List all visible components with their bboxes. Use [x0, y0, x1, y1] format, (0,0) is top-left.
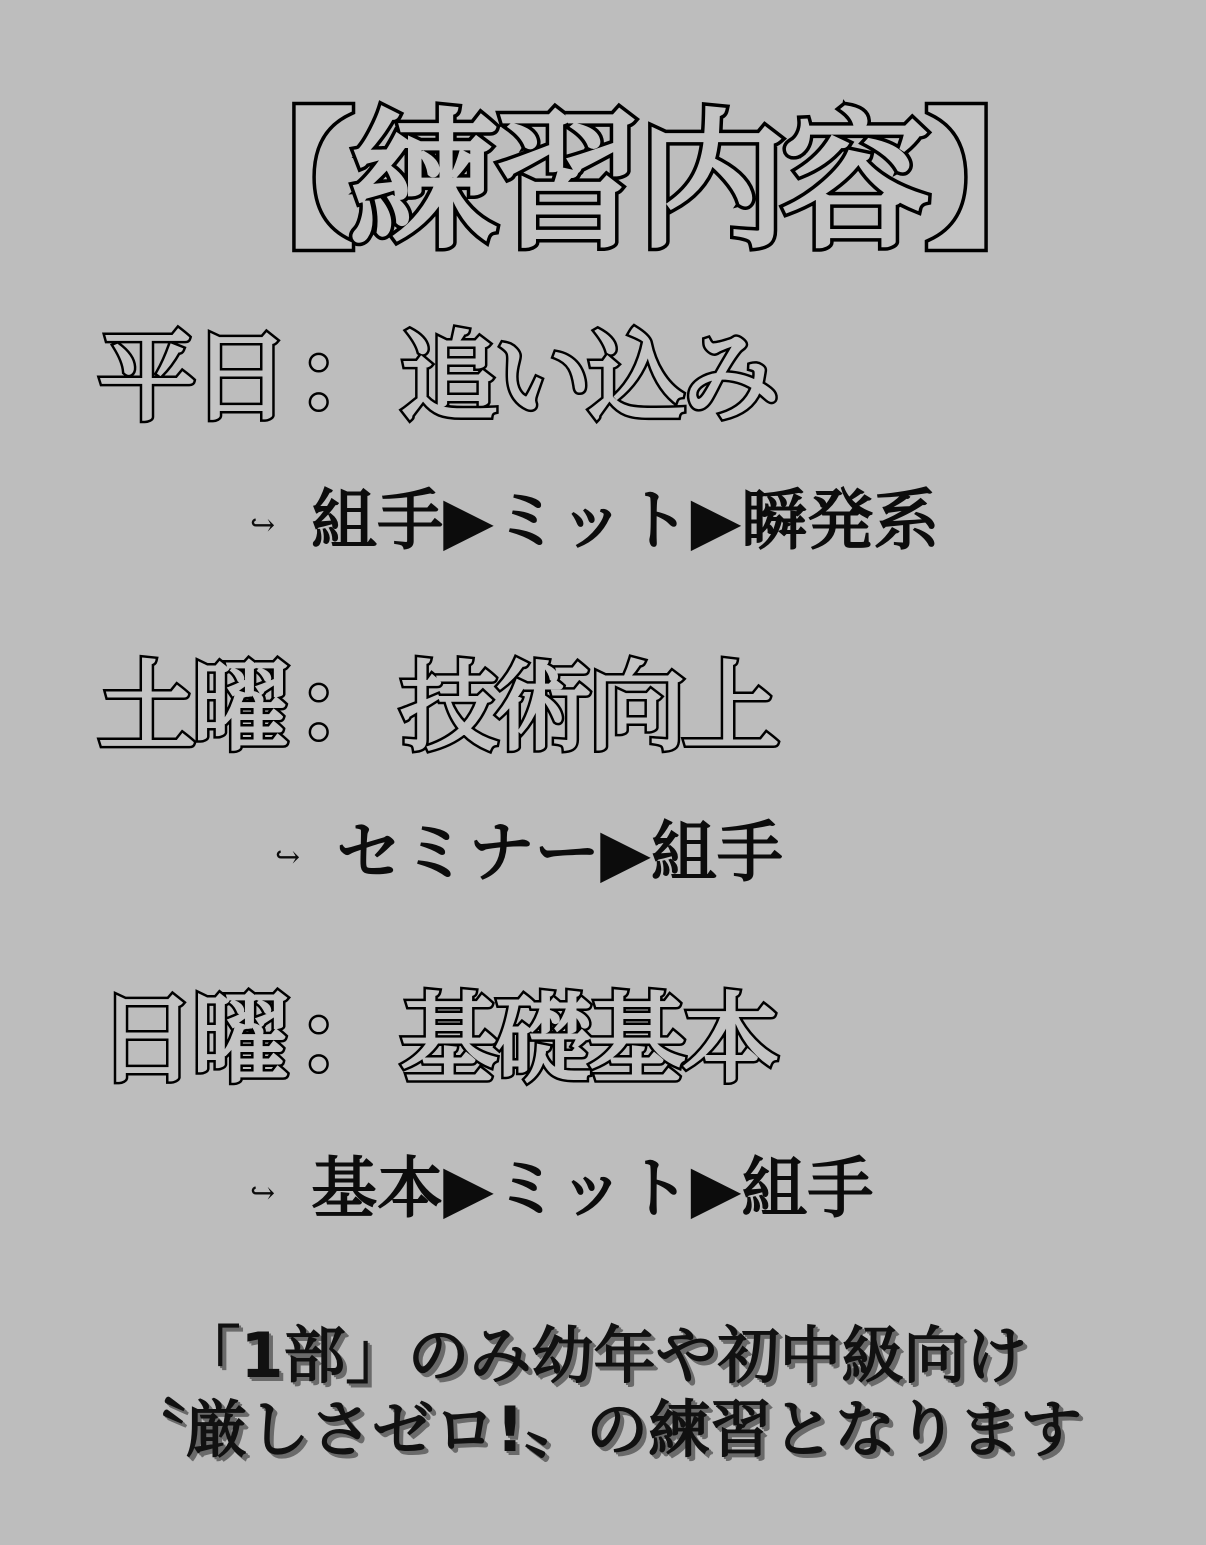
schedule-weekday-heading: 平日：追い込み [98, 318, 776, 438]
return-arrow-icon: ↪ [250, 1176, 275, 1211]
return-arrow-icon: ↪ [250, 508, 275, 543]
flow-text: セミナー▶組手 [336, 813, 783, 891]
flow-text: 基本▶ミット▶組手 [311, 1149, 873, 1227]
day-label: 日曜 [98, 983, 286, 1097]
separator: ： [296, 321, 390, 435]
schedule-saturday-heading: 土曜：技術向上 [98, 648, 776, 768]
theme-label: 追い込み [400, 321, 776, 435]
note-line-2: 〝厳しさゼロ!〟の練習となります [0, 1392, 1206, 1468]
flow-text: 組手▶ミット▶瞬発系 [311, 481, 939, 559]
page-title: 【練習内容】 [205, 98, 1005, 268]
note-line-1: 「1部」のみ幼年や初中級向け [0, 1318, 1206, 1394]
separator: ： [296, 983, 390, 1097]
return-arrow-icon: ↪ [275, 840, 300, 875]
theme-label: 技術向上 [400, 651, 776, 765]
schedule-weekday-flow: ↪組手▶ミット▶瞬発系 [250, 480, 939, 566]
schedule-sunday-heading: 日曜：基礎基本 [98, 980, 776, 1100]
schedule-sunday-flow: ↪基本▶ミット▶組手 [250, 1148, 873, 1234]
day-label: 平日 [98, 321, 286, 435]
theme-label: 基礎基本 [400, 983, 776, 1097]
schedule-saturday-flow: ↪セミナー▶組手 [275, 812, 783, 898]
day-label: 土曜 [98, 651, 286, 765]
separator: ： [296, 651, 390, 765]
